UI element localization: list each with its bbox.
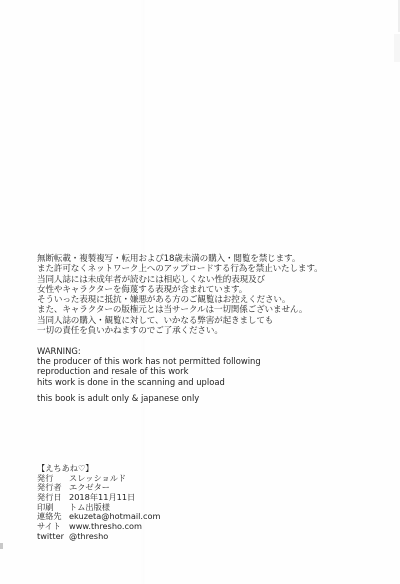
english-warning: WARNING: the producer of this work has n… [37, 346, 261, 387]
adult-only-notice: this book is adult only & japanese only [37, 393, 199, 403]
warning-line: hits work is done in the scanning and up… [37, 377, 261, 387]
colophon-row-twitter: twitter @thresho [37, 532, 161, 542]
notice-line: 当同人誌には未成年者が読むには相応しくない性的表現及び [37, 275, 323, 285]
warning-line: the producer of this work has not permit… [37, 356, 261, 366]
notice-line: また、キャラクターの版権元とは当サークルは一切関係ございません。 [37, 305, 323, 315]
colophon-value: @thresho [69, 532, 108, 542]
page-edge-mark [394, 34, 400, 62]
warning-line: reproduction and resale of this work [37, 366, 261, 376]
warning-heading: WARNING: [37, 346, 261, 356]
notice-line: 無断転載・複製複写・転用および18歳未満の購入・閲覧を禁じます。 [37, 254, 323, 264]
notice-line: 当同人誌の購入・観覧に対して、いかなる弊害が起きましても [37, 316, 323, 326]
japanese-notice: 無断転載・複製複写・転用および18歳未満の購入・閲覧を禁じます。 また許可なくネ… [37, 254, 323, 336]
notice-line: そういった表現に抵抗・嫌悪がある方のご観覧はお控えください。 [37, 295, 323, 305]
scan-artifact-mark [0, 543, 3, 549]
notice-line: 一切の責任を負いかねますのでご了承ください。 [37, 326, 323, 336]
colophon-label: twitter [37, 532, 69, 542]
notice-line: 女性やキャラクターを侮蔑する表現が含まれています。 [37, 285, 323, 295]
colophon: 【えちあね♡】 発行 スレッショルド 発行者 エクゼター 発行日 2018年11… [37, 464, 161, 542]
book-page: 無断転載・複製複写・転用および18歳未満の購入・閲覧を禁じます。 また許可なくネ… [0, 0, 400, 584]
notice-line: また許可なくネットワーク上へのアップロードする行為を禁止いたします。 [37, 264, 323, 274]
